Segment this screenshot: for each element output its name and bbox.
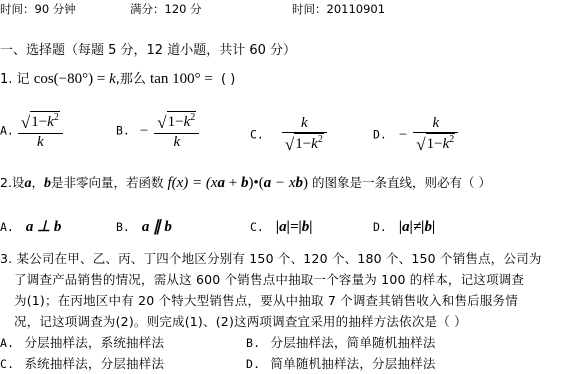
option-label: B. [116, 123, 130, 137]
option-text: |a|≠|b| [399, 219, 435, 235]
sqrt-icon: √ [157, 114, 166, 131]
section-title: 一、选择题（每题 5 分，12 道小题，共计 60 分） [0, 44, 296, 57]
q1-option-b: B. − √1−k2 k [116, 111, 199, 151]
q2-option-b: B. a ∥ b [116, 220, 172, 235]
q2-function: f(x) = (x [167, 175, 217, 191]
option-text: 简单随机抽样法，分层抽样法 [270, 356, 435, 371]
question-2-stem: 2.设a，b是非零向量，若函数 f(x) = (xa + b)•(a − xb)… [0, 176, 491, 191]
option-text: 系统抽样法，分层抽样法 [24, 356, 164, 371]
question-3-line-4: 况，记这项调查为(2)。则完成(1)、(2)这两项调查宜采用的抽样方法依次是（ … [14, 316, 467, 329]
q1-var-k: k [109, 71, 116, 87]
fraction: √1−k2 k [154, 111, 199, 151]
option-text: 分层抽样法，简单随机抽样法 [270, 335, 435, 350]
q3-option-a: A. 分层抽样法，系统抽样法 [0, 337, 164, 350]
q1-option-d: D. − k √1−k2 [373, 115, 458, 155]
exam-duration: 时间：90 分钟 [0, 4, 76, 16]
q1-option-a: A. √1−k2 k [0, 111, 63, 151]
option-label: D. [373, 127, 387, 141]
fraction: k √1−k2 [413, 115, 458, 155]
q3-option-b: B. 分层抽样法，简单随机抽样法 [246, 337, 436, 350]
exam-date: 时间：20110901 [292, 4, 385, 16]
q2-option-a: A. a ⊥ b [0, 220, 61, 235]
q1-expr-tan: tan 100° = [150, 71, 213, 87]
option-text: a ∥ b [142, 219, 172, 235]
minus-sign: − [399, 127, 407, 143]
option-label: A. [0, 336, 14, 350]
option-label: C. [250, 220, 264, 234]
option-label: D. [373, 220, 387, 234]
q1-answer-blank: ( ) [221, 72, 235, 87]
option-label: B. [116, 220, 130, 234]
q1-expr-cos: cos(−80°) = [34, 71, 109, 87]
option-text: 分层抽样法，系统抽样法 [24, 335, 164, 350]
q1-prefix: 1. 记 [0, 72, 30, 87]
separator: ， [31, 175, 44, 190]
option-text: |a|=|b| [276, 219, 313, 235]
q2-option-c: C. |a|=|b| [250, 220, 313, 235]
q2-text1: 是非零向量，若函数 [51, 175, 164, 190]
q3-option-d: D. 简单随机抽样法，分层抽样法 [246, 358, 436, 371]
sqrt-icon: √ [21, 114, 30, 131]
minus-sign: − [140, 123, 148, 139]
q2-prefix: 2.设 [0, 175, 24, 190]
question-3-line-3: 为(1)；在丙地区中有 20 个特大型销售点，要从中抽取 7 个调查其销售收入和… [14, 295, 518, 308]
option-label: A. [0, 220, 14, 234]
option-label: B. [246, 336, 260, 350]
q3-option-c: C. 系统抽样法，分层抽样法 [0, 358, 164, 371]
fraction: √1−k2 k [18, 111, 63, 151]
q1-option-c: C. k √1−k2 [250, 115, 327, 155]
exam-full-score: 满分：120 分 [130, 4, 202, 16]
option-text: a ⊥ b [26, 219, 62, 235]
q2-option-d: D. |a|≠|b| [373, 220, 435, 235]
sqrt-icon: √ [416, 136, 425, 153]
q2-text2: 的图象是一条直线，则必有（ ） [312, 175, 491, 190]
fraction: k √1−k2 [282, 115, 327, 155]
question-1-stem: 1. 记 cos(−80°) = k,那么 tan 100° = ( ) [0, 72, 235, 87]
sqrt-icon: √ [285, 136, 294, 153]
option-label: C. [250, 127, 264, 141]
option-label: C. [0, 357, 14, 371]
question-3-line-1: 3. 某公司在甲、乙、丙、丁四个地区分别有 150 个、120 个、180 个、… [0, 253, 542, 266]
q1-mid: ,那么 [116, 72, 146, 87]
question-3-line-2: 了调查产品销售的情况，需从这 600 个销售点中抽取一个容量为 100 的样本，… [14, 274, 524, 287]
option-label: A. [0, 123, 14, 137]
vector-b: b [44, 176, 51, 191]
option-label: D. [246, 357, 260, 371]
